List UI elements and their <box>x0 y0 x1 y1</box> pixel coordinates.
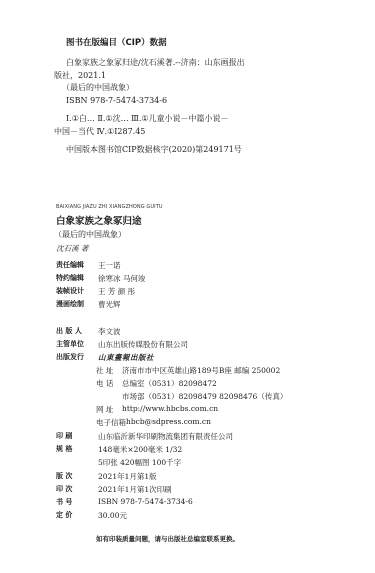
spec-label: 版 次 <box>56 471 98 482</box>
cip-entry-line1: 白象家族之象冢归途/沈石溪著.--济南：山东画报出 <box>66 57 245 69</box>
spec-value: 30.00元 <box>98 510 127 521</box>
supervisor-value: 山东出版传媒股份有限公司 <box>98 339 188 350</box>
phone-label: 电 话 <box>96 378 122 389</box>
supervisor-row: 主管单位 山东出版传媒股份有限公司 <box>56 339 188 350</box>
credit-label: 漫画绘制 <box>56 299 98 310</box>
credit-value: 曹光辉 <box>98 299 121 310</box>
spec-row: 版 次 2021年1月第1版 <box>56 471 157 482</box>
credit-label: 装帧设计 <box>56 286 98 297</box>
phone-value: 总编室（0531）82098472 <box>122 378 217 389</box>
email-label: 电子信箱 <box>96 417 126 428</box>
spec-row: 规 格 148毫米×200毫米 1/32 <box>56 444 182 455</box>
publisher-label: 出 版 人 <box>56 326 98 337</box>
spec-value: ISBN 978-7-5474-3734-6 <box>98 497 193 507</box>
phone-row-2: 市场部（0531）82098479 82098476（传真） <box>122 391 287 402</box>
spec-row: 5印张 420幅图 100千字 <box>56 457 181 468</box>
publisher-row: 出 版 人 李文波 <box>56 326 121 337</box>
cip-class-line1: Ⅰ.①白… Ⅱ.①沈… Ⅲ.①儿童小说－中篇小说－ <box>66 113 229 125</box>
distributor-row: 出版发行 山東畫報出版社 <box>56 352 154 363</box>
email-row: 电子信箱 hbcb@sdpress.com.cn <box>96 417 211 428</box>
spec-label: 规 格 <box>56 444 98 455</box>
spec-value: 2021年1月第1版 <box>98 471 157 482</box>
credit-row: 特约编辑 徐寒冰 马何竣 <box>56 273 145 284</box>
distributor-label: 出版发行 <box>56 352 98 363</box>
spec-value: 山东临沂新华印刷物流集团有限责任公司 <box>98 431 233 442</box>
cip-entry-line2: 版社，2021.1 <box>54 70 106 82</box>
cip-series: （最后的中国战象） <box>62 82 134 94</box>
credit-row: 责任编辑 王一诺 <box>56 260 121 271</box>
phone-row: 电 话 总编室（0531）82098472 <box>96 378 217 389</box>
spec-label: 书 号 <box>56 497 98 507</box>
address-value: 济南市市中区英雄山路189号B座 邮编 250002 <box>122 365 280 376</box>
cip-approval: 中国版本图书馆CIP数据核字(2020)第249171号 <box>66 144 242 156</box>
title-pinyin: BAIXIANG JIAZU ZHI XIANGZHONG GUITU <box>56 204 163 210</box>
credit-row: 装帧设计 王 芳 颜 彤 <box>56 286 135 297</box>
credit-value: 徐寒冰 马何竣 <box>98 273 145 284</box>
credit-value: 王一诺 <box>98 260 121 271</box>
book-series: （最后的中国战象） <box>54 229 126 240</box>
spec-label: 印 次 <box>56 484 98 495</box>
cip-heading: 图书在版编目（CIP）数据 <box>66 36 167 48</box>
credit-label: 特约编辑 <box>56 273 98 284</box>
spec-label: 定 价 <box>56 510 98 521</box>
publisher-value: 李文波 <box>98 326 121 337</box>
credit-row: 漫画绘制 曹光辉 <box>56 299 121 310</box>
spec-value: 148毫米×200毫米 1/32 <box>98 444 182 455</box>
spec-value: 2021年1月第1次印刷 <box>98 484 172 495</box>
spec-row: 书 号 ISBN 978-7-5474-3734-6 <box>56 497 193 507</box>
web-label: 网 址 <box>96 404 122 415</box>
supervisor-label: 主管单位 <box>56 339 98 350</box>
book-author: 沈石溪 著 <box>56 243 88 254</box>
spec-label <box>56 457 98 468</box>
email-value: hbcb@sdpress.com.cn <box>126 417 211 428</box>
web-value: http://www.hbcbs.com.cn <box>122 404 218 415</box>
footer-note: 如有印装质量问题，请与出版社总编室联系更换。 <box>96 534 239 543</box>
cip-isbn: ISBN 978-7-5474-3734-6 <box>66 95 167 107</box>
credit-label: 责任编辑 <box>56 260 98 271</box>
cip-class-line2: 中国－当代 Ⅳ.①I287.45 <box>54 126 145 138</box>
book-title: 白象家族之象冢归途 <box>56 213 142 227</box>
spec-row: 印 刷 山东临沂新华印刷物流集团有限责任公司 <box>56 431 233 442</box>
web-row: 网 址 http://www.hbcbs.com.cn <box>96 404 218 415</box>
spec-value: 5印张 420幅图 100千字 <box>98 457 181 468</box>
address-label: 社 址 <box>96 365 122 376</box>
credit-value: 王 芳 颜 彤 <box>98 286 135 297</box>
spec-row: 定 价 30.00元 <box>56 510 127 521</box>
spec-row: 印 次 2021年1月第1次印刷 <box>56 484 172 495</box>
publisher-logo: 山東畫報出版社 <box>98 352 154 363</box>
address-row: 社 址 济南市市中区英雄山路189号B座 邮编 250002 <box>96 365 280 376</box>
spec-label: 印 刷 <box>56 431 98 442</box>
phone-value-2: 市场部（0531）82098479 82098476（传真） <box>122 391 287 402</box>
